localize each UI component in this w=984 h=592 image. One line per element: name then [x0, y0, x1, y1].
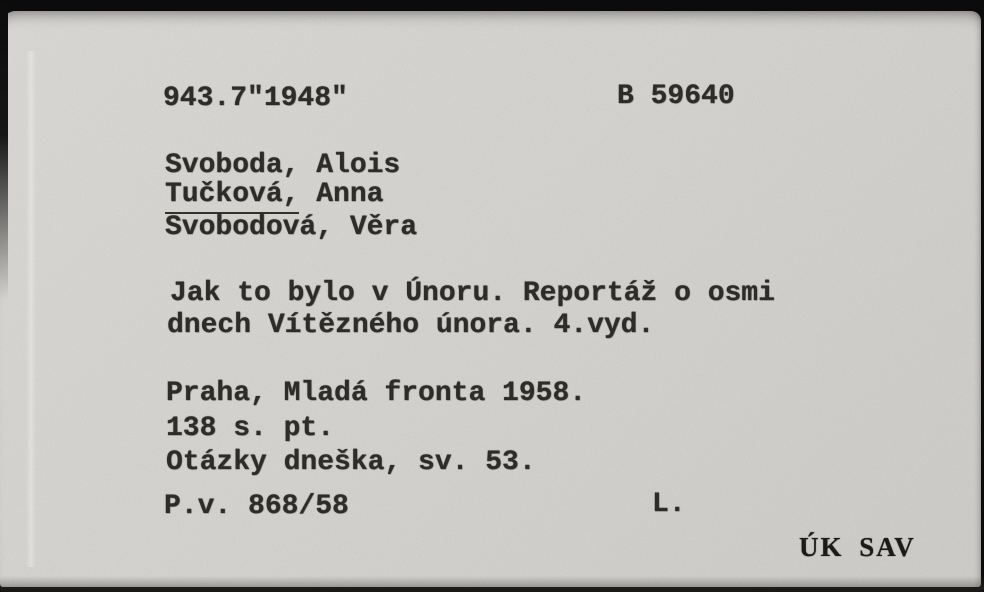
scan-edge-shadow-bottom: [0, 576, 984, 592]
title-line-1: Jak to bylo v Únoru. Reportáž o osmi: [170, 280, 775, 308]
author-2-surname: Tučková,: [165, 179, 299, 214]
series-line: Otázky dneška, sv. 53.: [166, 449, 536, 477]
classification-number: 943.7"1948": [163, 85, 348, 113]
scanned-library-catalog-card: 943.7"1948" B 59640 Svoboda, Alois Tučko…: [0, 0, 984, 592]
card-paper: 943.7"1948" B 59640 Svoboda, Alois Tučko…: [0, 11, 981, 587]
library-stamp: ÚK SAV: [799, 534, 916, 561]
paper-crease: [26, 51, 36, 567]
cataloguer-mark: L.: [652, 491, 686, 519]
author-1: Svoboda, Alois: [165, 152, 400, 180]
author-2: Tučková, Anna: [165, 181, 383, 209]
scan-edge-shadow-left: [0, 0, 8, 300]
author-2-forename: Anna: [299, 179, 383, 210]
record-number: P.v. 868/58: [164, 493, 349, 521]
imprint-line: Praha, Mladá fronta 1958.: [166, 380, 586, 408]
title-line-2: dnech Vítězného února. 4.vyd.: [167, 312, 654, 340]
accession-number: B 59640: [617, 83, 735, 111]
collation-line: 138 s. pt.: [166, 415, 334, 443]
author-3: Svobodová, Věra: [165, 214, 417, 242]
